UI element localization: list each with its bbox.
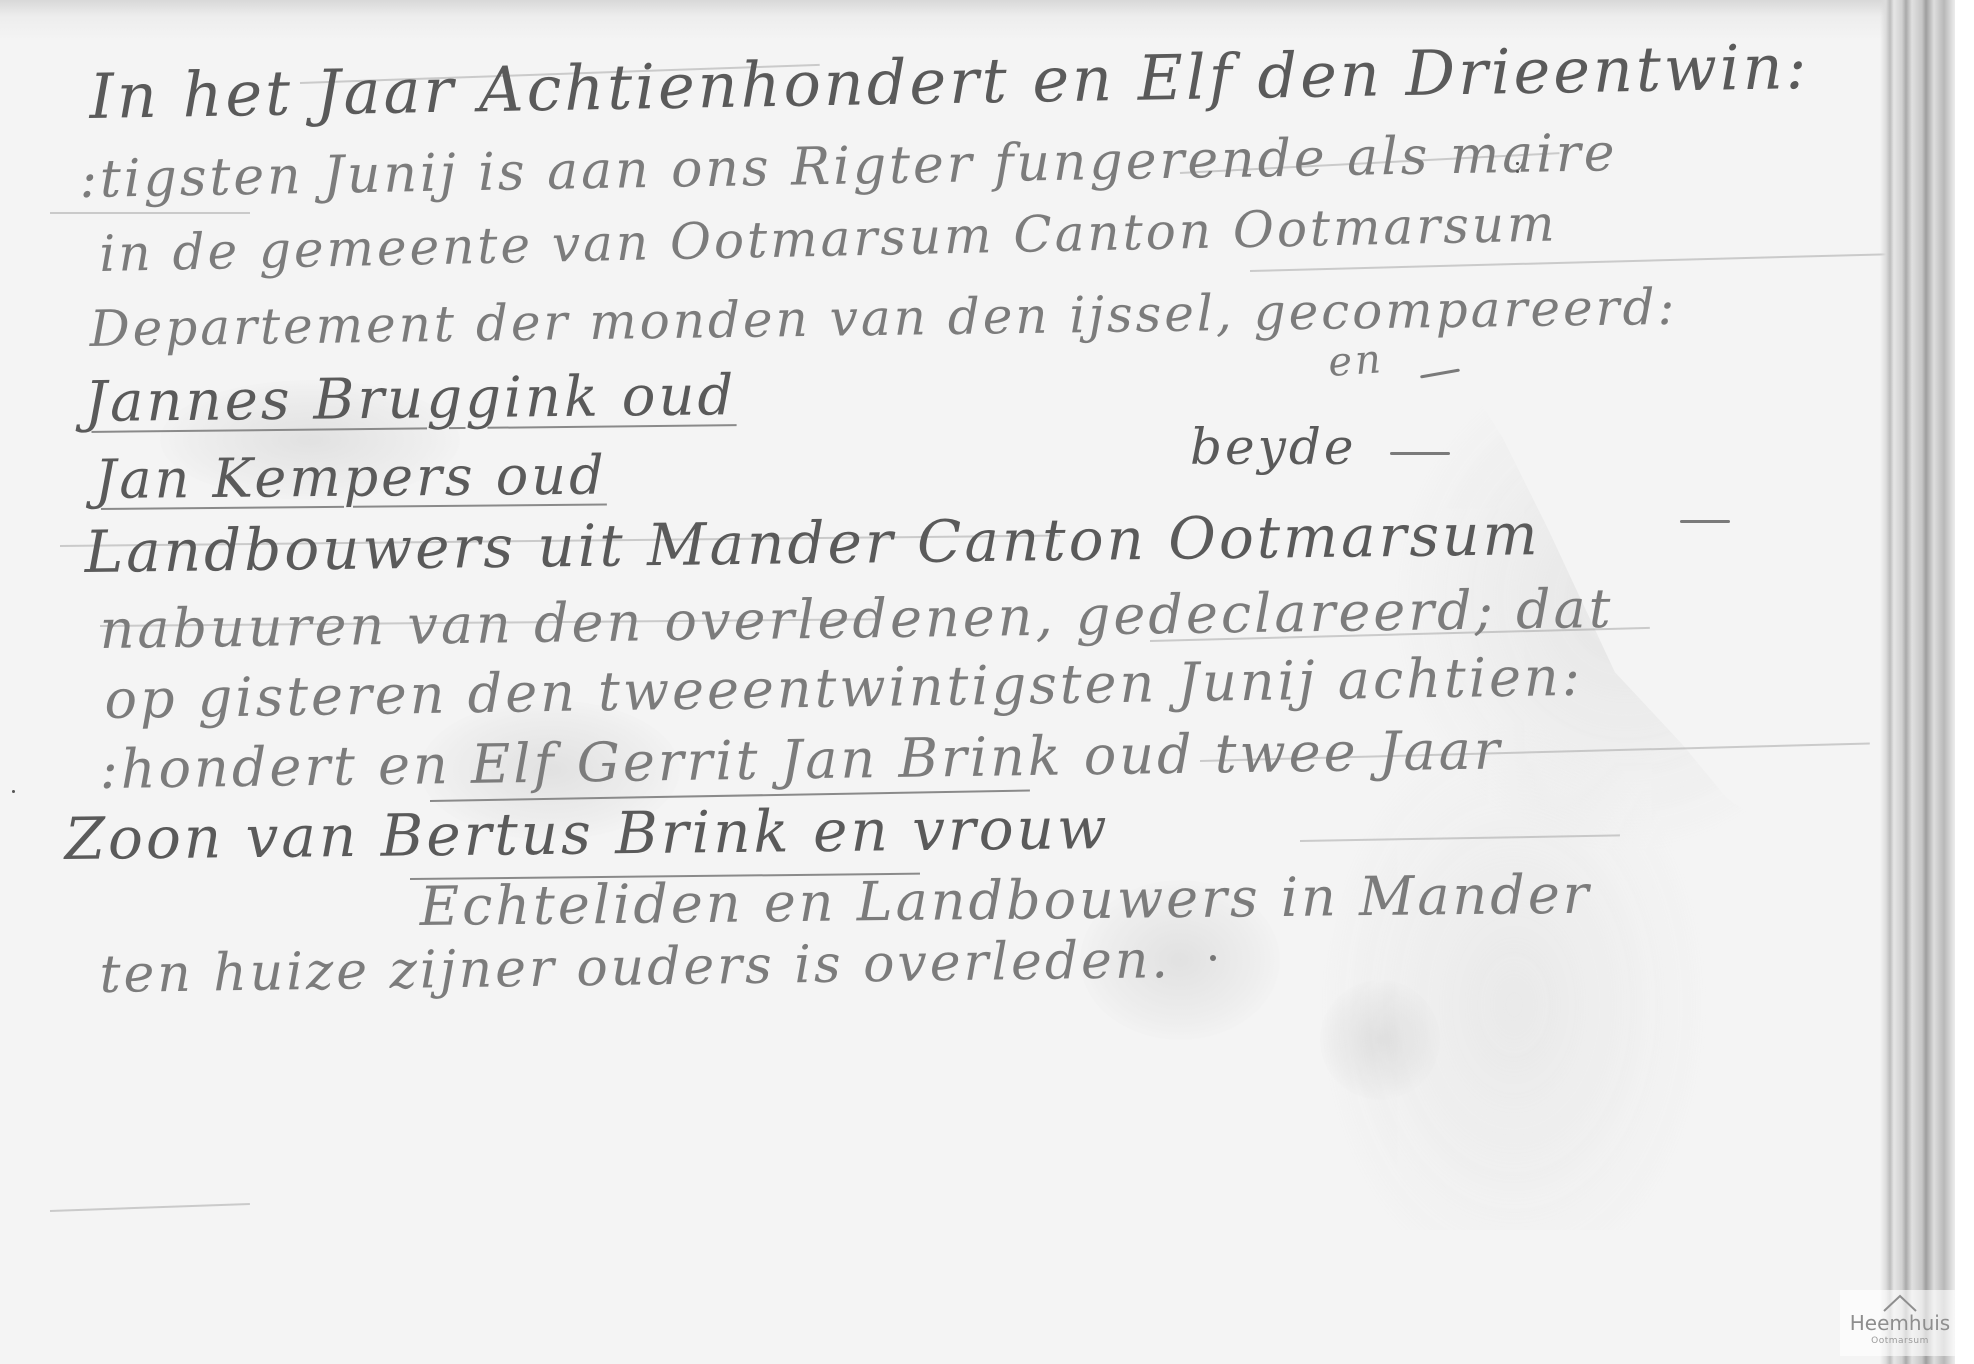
- house-roof-icon: [1882, 1294, 1918, 1312]
- text-line-final: ten huize zijner ouders is overleden.: [99, 930, 1171, 1005]
- ink-speck: [12, 790, 15, 793]
- ink-speck: [1516, 162, 1519, 165]
- text-line-occupation: Landbouwers uit Mander Canton Ootmarsum: [84, 500, 1541, 586]
- ink-speck: [1516, 170, 1519, 173]
- page-margin: [1955, 0, 1974, 1364]
- watermark-subtitle: Ootmarsum: [1840, 1336, 1960, 1346]
- text-line-son-of: Zoon van Bertus Brink en vrouw: [64, 794, 1110, 873]
- ruled-line: [50, 212, 250, 214]
- witness-1-name: Jannes Bruggink oud: [84, 363, 736, 435]
- text-line-2: :tigsten Junij is aan ons Rigter fungere…: [79, 123, 1618, 210]
- flourish: [1680, 520, 1730, 523]
- text-conjunction-en: en: [1327, 336, 1386, 386]
- document-scan: In het Jaar Achtienhondert en Elf den Dr…: [0, 0, 1974, 1364]
- witness-2-name: Jan Kempers oud: [94, 444, 606, 511]
- ink-speck: [1210, 955, 1216, 961]
- text-beyde: beyde: [1190, 418, 1356, 476]
- watermark: Heemhuis Ootmarsum: [1840, 1290, 1960, 1356]
- ruled-line: [50, 1203, 250, 1212]
- text-line-4: Departement der monden van den ijssel, g…: [89, 278, 1678, 358]
- text-line-1: In het Jaar Achtienhondert en Elf den Dr…: [89, 30, 1810, 133]
- text-line-3: in de gemeente van Ootmarsum Canton Ootm…: [99, 194, 1558, 283]
- flourish: [1390, 452, 1450, 455]
- text-line-parents: Echteliden en Landbouwers in Mander: [419, 863, 1592, 938]
- text-line-deceased: :hondert en Elf Gerrit Jan Brink oud twe…: [99, 718, 1503, 801]
- watermark-name: Heemhuis: [1840, 1312, 1960, 1334]
